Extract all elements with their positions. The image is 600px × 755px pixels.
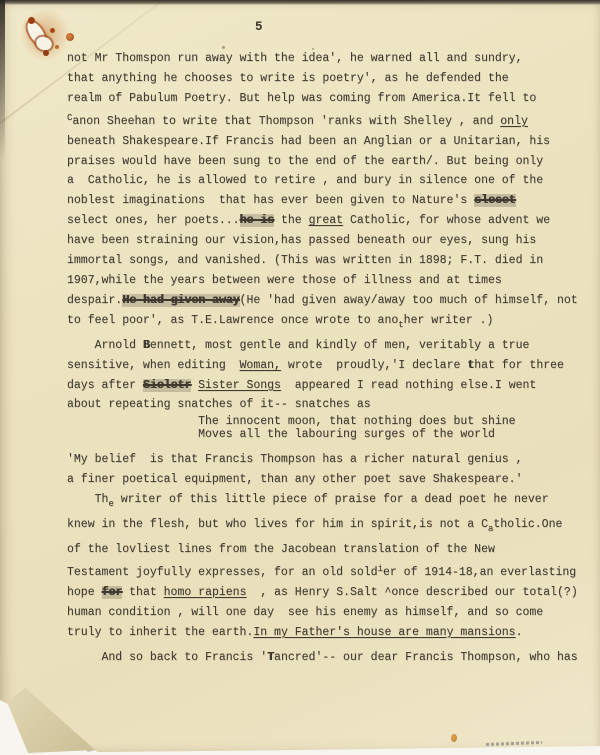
typescript-line: The writer of this little piece of prais… [67, 490, 578, 515]
typescript-line: Testament joyfully expresses, for an old… [67, 560, 578, 583]
typescript-line: a finer poetical equipment, than any oth… [67, 470, 578, 490]
typescript-line: about repeating snatches of it-- snatche… [67, 395, 578, 415]
typescript-line: Canon Sheehan to write that Thompson 'ra… [67, 109, 578, 132]
typescript-line: praises would have been sung to the end … [67, 152, 578, 172]
rust-spot [55, 45, 59, 49]
typescript-line: have been straining our vision,has passe… [67, 231, 578, 251]
typescript-body: not Mr Thomspon run away with the idea',… [67, 49, 578, 668]
typescript-line: of the lovliest lines from the Jacobean … [67, 540, 578, 560]
typescript-line: human condition , will one day see his e… [67, 603, 578, 623]
typescript-line: Arnold Bennett, most gentle and kindly o… [67, 336, 578, 356]
typescript-line: 'My belief is that Francis Thompson has … [67, 450, 578, 470]
rust-spot [28, 17, 35, 24]
typescript-line: truly to inherit the earth.In my Father'… [67, 623, 578, 643]
typescript-line: Moves all the labouring surges of the wo… [67, 428, 578, 441]
typescript-line: sensitive, when editing Woman, wrote pro… [67, 356, 578, 376]
rust-spot [43, 50, 49, 56]
rust-spot [50, 28, 55, 33]
typescript-line: noblest imaginations that has ever been … [67, 191, 578, 211]
typescript-line: to feel poor', as T.E.Lawrence once wrot… [67, 311, 578, 336]
typescript-line: days after Sieletr Sister Songs appeared… [67, 376, 578, 396]
typescript-line: beneath Shakespeare.If Francis had been … [67, 132, 578, 152]
paper: 5 not Mr Thomspon run away with the idea… [0, 0, 600, 755]
typescript-line: 1907,while the years between were those … [67, 271, 578, 291]
typescript-line: hope for that homo rapiens , as Henry S.… [67, 583, 578, 603]
typescript-line: despair.He had given away(He 'had given … [67, 291, 578, 311]
rust-spot [66, 33, 74, 41]
scanned-page: 5 not Mr Thomspon run away with the idea… [0, 0, 600, 755]
typescript-line: a Catholic, he is allowed to retire , an… [67, 171, 578, 191]
typescript-line: And so back to Francis 'Tancred'-- our d… [67, 648, 578, 668]
pencil-smudge [486, 741, 542, 746]
typescript-line: knew in the flesh, but who lives for him… [67, 515, 578, 540]
rust-spot-bottom [451, 734, 457, 742]
typescript-line: immortal songs, and vanished. (This was … [67, 251, 578, 271]
typescript-line: realm of Pabulum Poetry. But help was co… [67, 89, 578, 109]
typescript-line: not Mr Thomspon run away with the idea',… [67, 49, 578, 69]
page-number: 5 [255, 20, 263, 34]
typescript-line: select ones, her poets...he is the great… [67, 211, 578, 231]
typescript-line: The innocent moon, that nothing does but… [67, 415, 578, 428]
typescript-line: that anything he chooses to write is poe… [67, 69, 578, 89]
